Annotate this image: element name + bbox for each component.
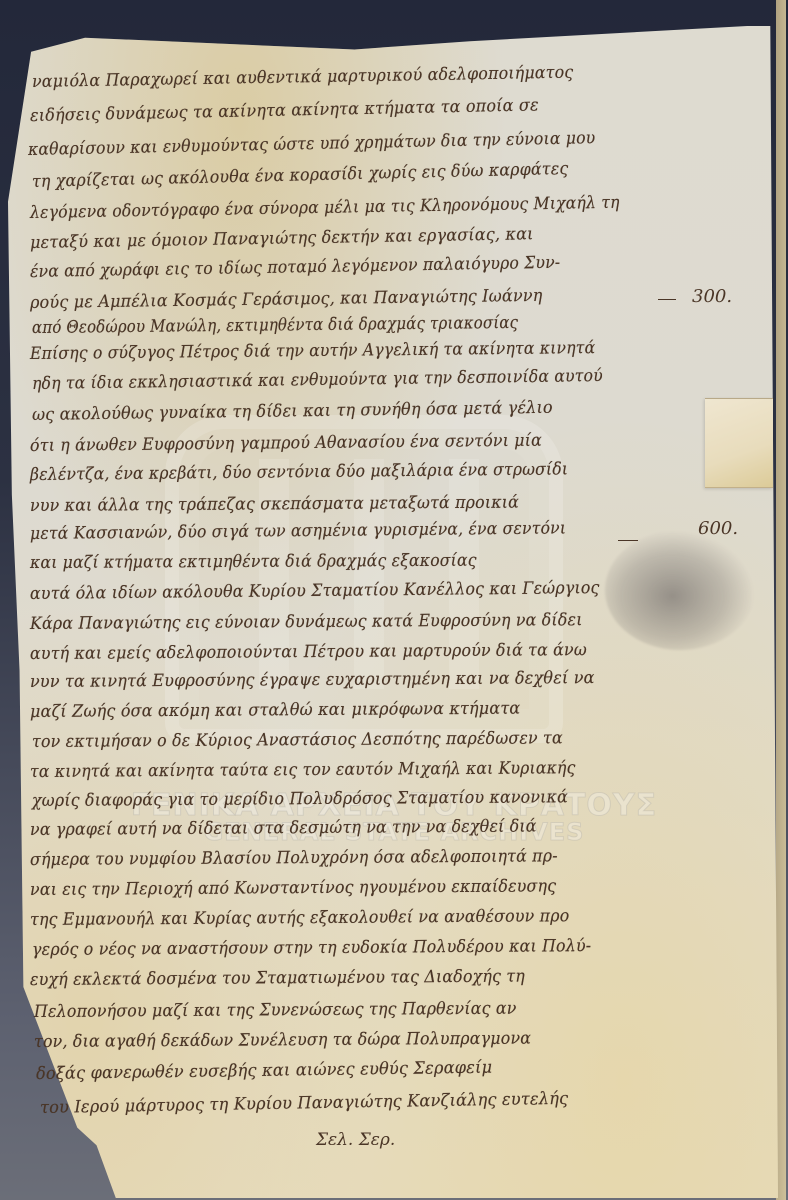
manuscript-line: ναι εις την Περιοχή από Κωνσταντίνος ηγο… <box>30 876 556 900</box>
manuscript-line: χωρίς διαφοράς για το μερίδιο Πολυδρόσος… <box>32 787 568 811</box>
manuscript-line: μαζί Ζωής όσα ακόμη και σταλθώ και μικρό… <box>30 699 520 722</box>
manuscript-line: αυτή και εμείς αδελφοποιούνται Πέτρου κα… <box>30 640 587 664</box>
manuscript-line: αυτά όλα ιδίων ακόλουθα Κυρίου Σταματίου… <box>30 578 600 604</box>
manuscript-line: τον εκτιμήσαν ο δε Κύριος Αναστάσιος Δεσ… <box>32 728 563 752</box>
manuscript-line: ρούς με Αμπέλια Κοσμάς Γεράσιμος, και Πα… <box>30 286 543 313</box>
manuscript-line: τα κινητά και ακίνητα ταύτα εις τον εαυτ… <box>30 758 576 782</box>
manuscript-line: νυν τα κινητά Ευφροσύνης έγραψε ευχαριστ… <box>30 668 595 692</box>
manuscript-line: γερός ο νέος να αναστήσουν στην τη ευδοκ… <box>32 936 591 960</box>
amount-300: 300. <box>692 286 732 307</box>
manuscript-line: ευχή εκλεκτά δοσμένα του Σταματιωμένου τ… <box>30 967 525 990</box>
manuscript-line: λεγόμενα οδοντόγραφο ένα σύνορα μέλι μα … <box>30 193 620 223</box>
manuscript-line: να γραφεί αυτή να δίδεται στα δεσμώτη να… <box>30 816 537 840</box>
manuscript-line: ηδη τα ίδια εκκλησιαστικά και ενθυμούντα… <box>32 366 603 394</box>
ledger-dash <box>658 299 676 300</box>
scan-stage: ΓΕΝΙΚΑ ΑΡΧΕΙΑ ΤΟΥ ΚΡΑΤΟΥΣ GENERAL STATE … <box>0 0 788 1200</box>
manuscript-line: ένα από χωράφι εις το ιδίως ποταμό λεγόμ… <box>30 253 561 282</box>
amount-600: 600. <box>698 518 738 539</box>
manuscript-line: δοξάς φανερωθέν ευσεβής και αιώνες ευθύς… <box>36 1058 493 1084</box>
manuscript-line: Πελοπονήσου μαζί και της Συνενώσεως της … <box>34 999 517 1022</box>
manuscript-line: σήμερα του νυμφίου Βλασίου Πολυχρόνη όσα… <box>30 846 558 870</box>
manuscript-text: ναμιόλα Παραχωρεί και αυθεντικά μαρτυρικ… <box>0 0 788 1200</box>
manuscript-line: ειδήσεις δυνάμεως τα ακίνητα ακίνητα κτή… <box>30 95 539 126</box>
manuscript-line: ως ακολούθως γυναίκα τη δίδει και τη συν… <box>32 398 553 425</box>
manuscript-line: Επίσης ο σύζυγος Πέτρος διά την αυτήν Αγ… <box>30 338 596 364</box>
manuscript-line: της Εμμανουήλ και Κυρίας αυτής εξακολουθ… <box>30 906 570 930</box>
manuscript-line: μεταξύ και με όμοιον Παναγιώτης δεκτήν κ… <box>30 224 534 253</box>
manuscript-line: νυν και άλλα της τράπεζας σκεπάσματα μετ… <box>30 493 519 516</box>
manuscript-line: ότι η άνωθεν Ευφροσύνη γαμπρού Αθανασίου… <box>30 431 542 456</box>
manuscript-line: του Ιερού μάρτυρος τη Κυρίου Παναγιώτης … <box>40 1089 569 1118</box>
manuscript-line: βελέντζα, ένα κρεβάτι, δύο σεντόνια δύο … <box>30 459 568 485</box>
manuscript-line: Κάρα Παναγιώτης εις εύνοιαν δυνάμεως κατ… <box>30 610 583 634</box>
manuscript-line: από Θεοδώρου Μανώλη, εκτιμηθέντα διά δρα… <box>32 313 518 338</box>
manuscript-line: τη χαρίζεται ως ακόλουθα ένα κορασίδι χω… <box>32 159 569 192</box>
manuscript-line: μετά Κασσιανών, δύο σιγά των ασημένια γυ… <box>30 518 566 544</box>
signature: Σελ. Σερ. <box>316 1130 395 1150</box>
manuscript-line: τον, δια αγαθή δεκάδων Συνέλευση τα δώρα… <box>34 1029 531 1052</box>
ledger-dash <box>618 540 638 541</box>
manuscript-line: καθαρίσουν και ενθυμούντας ώστε υπό χρημ… <box>28 128 596 160</box>
manuscript-line: και μαζί κτήματα εκτιμηθέντα διά δραχμάς… <box>30 551 477 573</box>
manuscript-line: ναμιόλα Παραχωρεί και αυθεντικά μαρτυρικ… <box>32 63 574 92</box>
